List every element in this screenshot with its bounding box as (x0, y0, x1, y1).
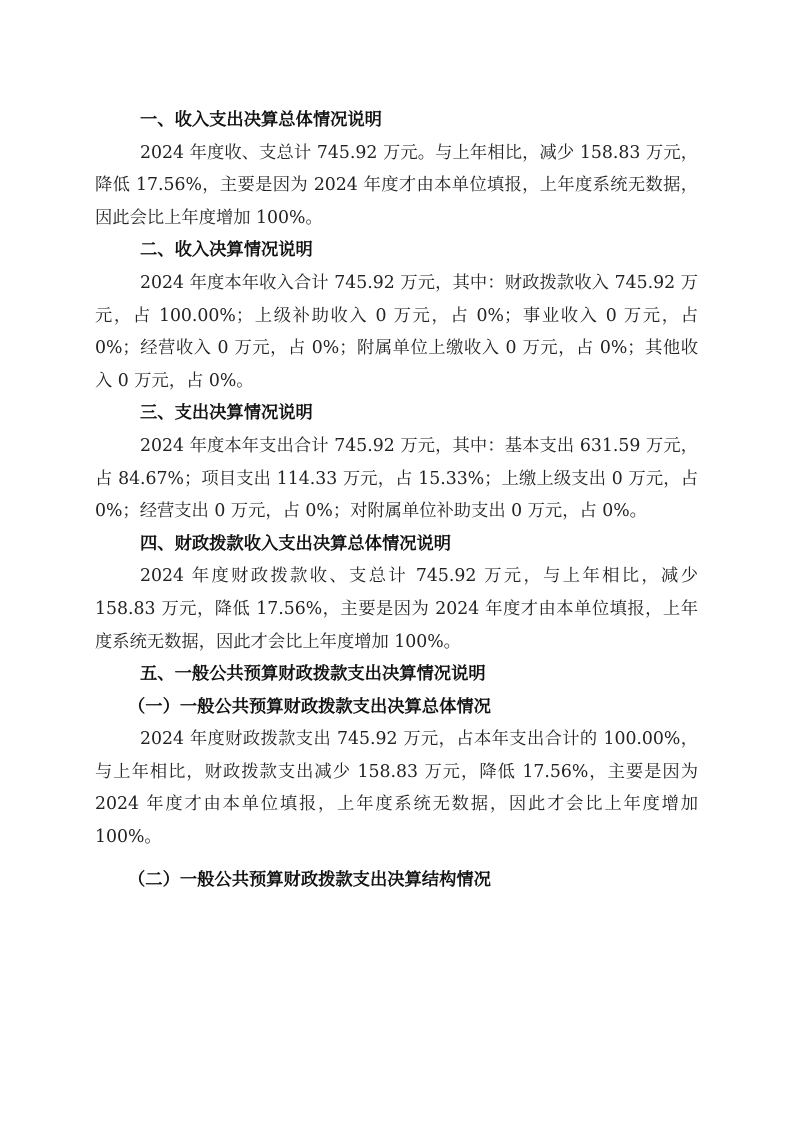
section-paragraph: 2024 年度本年支出合计 745.92 万元，其中：基本支出 631.59 万… (95, 430, 698, 528)
section-paragraph: 2024 年度财政拨款收、支总计 745.92 万元，与上年相比，减少 158.… (95, 560, 698, 658)
section-income: 二、收入决算情况说明 2024 年度本年收入合计 745.92 万元，其中：财政… (95, 234, 698, 397)
section-heading: 三、支出决算情况说明 (95, 397, 698, 430)
section-paragraph: 2024 年度本年收入合计 745.92 万元，其中：财政拨款收入 745.92… (95, 267, 698, 397)
subsection-overall: （一）一般公共预算财政拨款支出决算总体情况 2024 年度财政拨款支出 745.… (95, 691, 698, 854)
section-heading: 二、收入决算情况说明 (95, 234, 698, 267)
section-income-expense-overview: 一、收入支出决算总体情况说明 2024 年度收、支总计 745.92 万元。与上… (95, 104, 698, 234)
section-paragraph: 2024 年度收、支总计 745.92 万元。与上年相比，减少 158.83 万… (95, 137, 698, 235)
section-general-public-budget: 五、一般公共预算财政拨款支出决算情况说明 （一）一般公共预算财政拨款支出决算总体… (95, 658, 698, 896)
section-expense: 三、支出决算情况说明 2024 年度本年支出合计 745.92 万元，其中：基本… (95, 397, 698, 527)
section-heading: 四、财政拨款收入支出决算总体情况说明 (95, 528, 698, 561)
subsection-structure: （二）一般公共预算财政拨款支出决算结构情况 (95, 864, 698, 897)
document-page: 一、收入支出决算总体情况说明 2024 年度收、支总计 745.92 万元。与上… (95, 104, 698, 896)
section-heading: 一、收入支出决算总体情况说明 (95, 104, 698, 137)
subsection-heading: （一）一般公共预算财政拨款支出决算总体情况 (95, 691, 698, 724)
subsection-paragraph: 2024 年度财政拨款支出 745.92 万元，占本年支出合计的 100.00%… (95, 723, 698, 853)
subsection-heading: （二）一般公共预算财政拨款支出决算结构情况 (95, 864, 698, 897)
section-heading: 五、一般公共预算财政拨款支出决算情况说明 (95, 658, 698, 691)
spacer (95, 854, 698, 864)
section-fiscal-appropriation-overview: 四、财政拨款收入支出决算总体情况说明 2024 年度财政拨款收、支总计 745.… (95, 528, 698, 658)
